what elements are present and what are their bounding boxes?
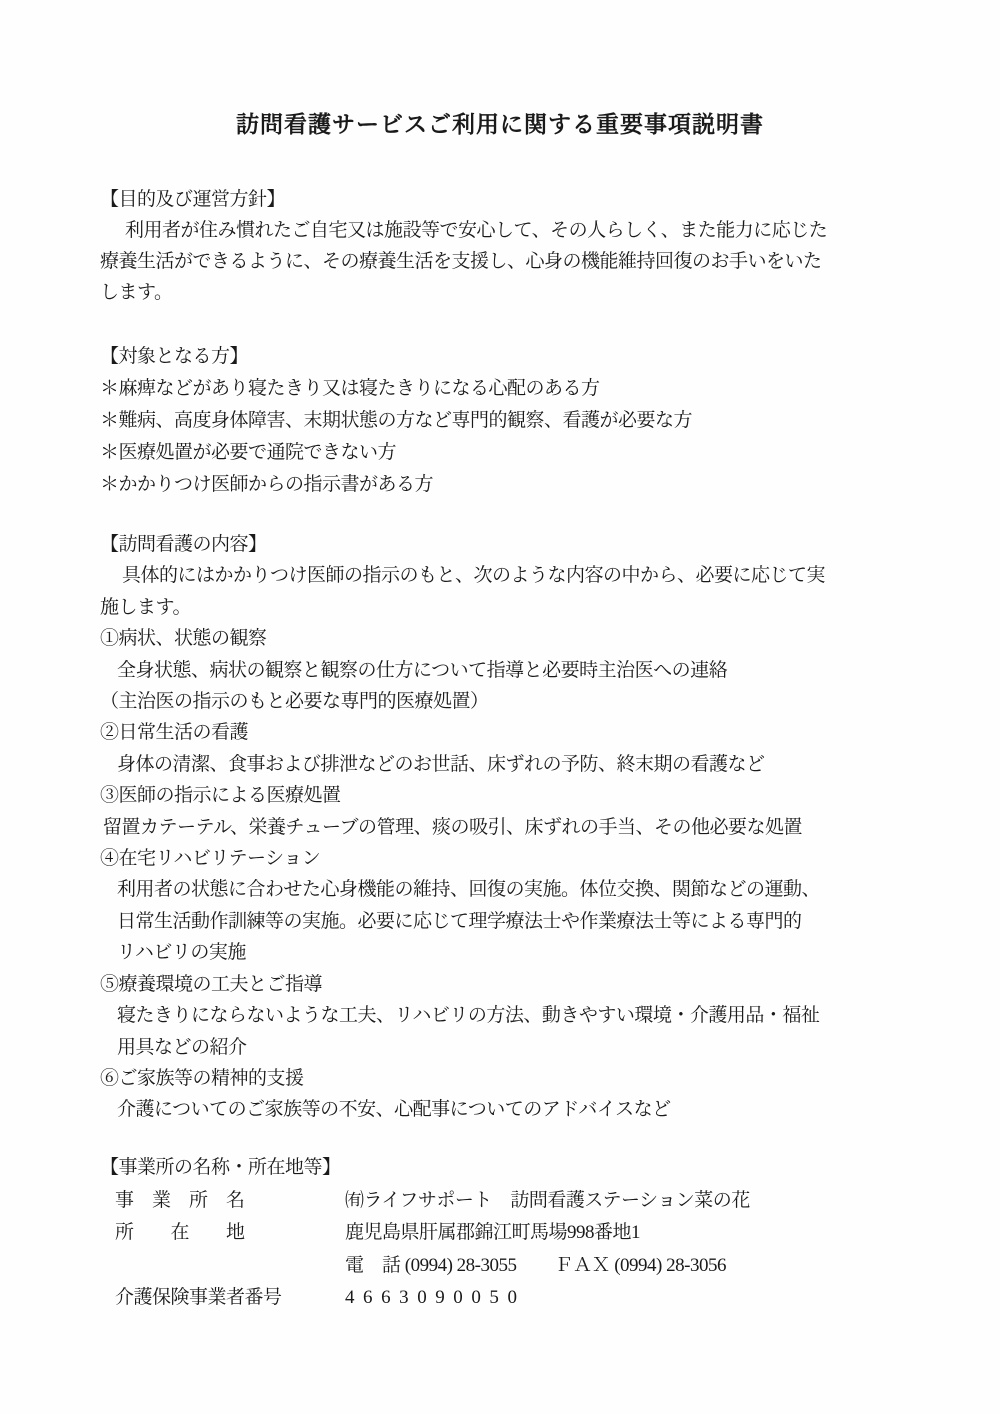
office-phone-value: 電 話 (0994) 28-3055 — [345, 1250, 516, 1283]
office-address-value: 鹿児島県肝属郡錦江町馬場998番地1 — [345, 1217, 640, 1250]
office-insurance-number-value: 4663090050 — [345, 1282, 526, 1315]
office-row: 事 業 所 名㈲ライフサポート 訪問看護ステーション菜の花 — [100, 1185, 860, 1218]
office-row: 介護保険事業者番号4663090050 — [100, 1282, 860, 1315]
paragraph-line: 利用者が住み慣れたご自宅又は施設等で安心して、その人らしく、また能力に応じた — [100, 215, 860, 246]
section-heading: 【事業所の名称・所在地等】 — [100, 1152, 860, 1185]
office-label: 事 業 所 名 — [115, 1185, 345, 1218]
list-item: ＊医療処置が必要で通院できない方 — [100, 437, 860, 469]
detail-line: 身体の清潔、食事および排泄などのお世話、床ずれの予防、終末期の看護など — [100, 749, 860, 780]
paragraph-line: します。 — [100, 277, 860, 308]
list-item: ＊かかりつけ医師からの指示書がある方 — [100, 469, 860, 501]
office-label: 介護保険事業者番号 — [115, 1282, 345, 1315]
paragraph-line: 施します。 — [100, 592, 860, 623]
detail-line: 用具などの紹介 — [100, 1032, 860, 1063]
section-service-contents: 【訪問看護の内容】 具体的にはかかりつけ医師の指示のもと、次のような内容の中から… — [100, 529, 860, 1126]
document-title: 訪問看護サービスご利用に関する重要事項説明書 — [0, 108, 1000, 141]
numbered-item-title: ①病状、状態の観察 — [100, 623, 860, 654]
detail-line: 利用者の状態に合わせた心身機能の維持、回復の実施。体位交換、関節などの運動、 — [100, 874, 860, 905]
detail-line: 寝たきりにならないような工夫、リハビリの方法、動きやすい環境・介護用品・福祉 — [100, 1000, 860, 1031]
list-item: ＊難病、高度身体障害、末期状態の方など専門的観察、看護が必要な方 — [100, 405, 860, 437]
document-page: 訪問看護サービスご利用に関する重要事項説明書 【目的及び運営方針】 利用者が住み… — [0, 0, 1000, 1414]
section-target-persons: 【対象となる方】 ＊麻痺などがあり寝たきり又は寝たきりになる心配のある方 ＊難病… — [100, 341, 860, 501]
section-heading: 【訪問看護の内容】 — [100, 529, 860, 560]
detail-line: 全身状態、病状の観察と観察の仕方について指導と必要時主治医への連絡 — [100, 655, 860, 686]
detail-line: リハビリの実施 — [100, 937, 860, 968]
detail-line: （主治医の指示のもと必要な専門的医療処置） — [100, 686, 860, 717]
numbered-item-title: ④在宅リハビリテーション — [100, 843, 860, 874]
list-item: ＊麻痺などがあり寝たきり又は寝たきりになる心配のある方 — [100, 373, 860, 405]
numbered-item-title: ②日常生活の看護 — [100, 717, 860, 748]
office-name-value: ㈲ライフサポート 訪問看護ステーション菜の花 — [345, 1185, 750, 1218]
numbered-item-title: ③医師の指示による医療処置 — [100, 780, 860, 811]
section-office-info: 【事業所の名称・所在地等】 事 業 所 名㈲ライフサポート 訪問看護ステーション… — [100, 1152, 860, 1315]
detail-line: 留置カテーテル、栄養チューブの管理、痰の吸引、床ずれの手当、その他必要な処置 — [100, 812, 860, 843]
section-heading: 【目的及び運営方針】 — [100, 184, 860, 215]
numbered-item-title: ⑤療養環境の工夫とご指導 — [100, 969, 860, 1000]
office-label: 所 在 地 — [115, 1217, 345, 1250]
office-row: 所 在 地鹿児島県肝属郡錦江町馬場998番地1 — [100, 1217, 860, 1250]
office-row: 電 話 (0994) 28-3055ＦＡＸ (0994) 28-3056 — [100, 1250, 860, 1283]
section-heading: 【対象となる方】 — [100, 341, 860, 373]
paragraph-line: 具体的にはかかりつけ医師の指示のもと、次のような内容の中から、必要に応じて実 — [100, 560, 860, 591]
numbered-item-title: ⑥ご家族等の精神的支援 — [100, 1063, 860, 1094]
paragraph-line: 療養生活ができるように、その療養生活を支援し、心身の機能維持回復のお手いをいた — [100, 246, 860, 277]
office-fax-value: ＦＡＸ (0994) 28-3056 — [554, 1250, 725, 1283]
detail-line: 日常生活動作訓練等の実施。必要に応じて理学療法士や作業療法士等による専門的 — [100, 906, 860, 937]
detail-line: 介護についてのご家族等の不安、心配事についてのアドバイスなど — [100, 1094, 860, 1125]
section-purpose-policy: 【目的及び運営方針】 利用者が住み慣れたご自宅又は施設等で安心して、その人らしく… — [100, 184, 860, 308]
